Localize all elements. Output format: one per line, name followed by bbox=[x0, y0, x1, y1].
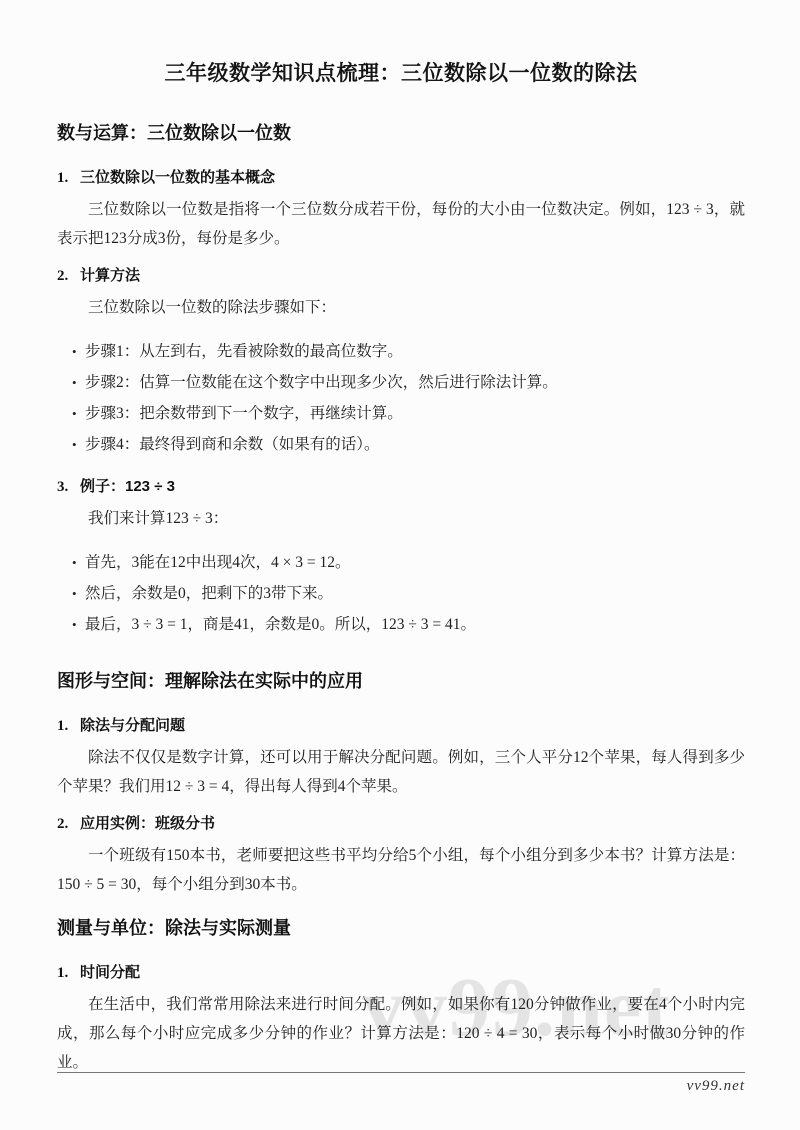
bullet-text: 最后，3 ÷ 3 = 1，商是41，余数是0。所以，123 ÷ 3 = 41。 bbox=[85, 614, 476, 635]
bullet-text: 首先，3能在12中出现4次，4 × 3 = 12。 bbox=[85, 552, 350, 573]
footer-divider bbox=[57, 1072, 745, 1073]
item-number: 1. bbox=[57, 168, 80, 189]
item-number: 1. bbox=[57, 716, 80, 737]
item-title: 三位数除以一位数的基本概念 bbox=[80, 169, 275, 186]
section-heading: 图形与空间：理解除法在实际中的应用 bbox=[57, 669, 745, 694]
paragraph: 我们来计算123 ÷ 3： bbox=[57, 504, 745, 533]
bullet-list: •首先，3能在12中出现4次，4 × 3 = 12。•然后，余数是0，把剩下的3… bbox=[57, 552, 745, 635]
paragraph: 在生活中，我们常常用除法来进行时间分配。例如，如果你有120分钟做作业，要在4个… bbox=[57, 990, 745, 1077]
item-title: 时间分配 bbox=[80, 964, 140, 981]
section-heading: 测量与单位：除法与实际测量 bbox=[57, 916, 745, 941]
document-body: 数与运算：三位数除以一位数1.三位数除以一位数的基本概念三位数除以一位数是指将一… bbox=[57, 121, 745, 1077]
paragraph: 三位数除以一位数是指将一个三位数分成若干份，每份的大小由一位数决定。例如，123… bbox=[57, 195, 745, 253]
bullet-icon: • bbox=[72, 583, 85, 604]
document-page: 三年级数学知识点梳理：三位数除以一位数的除法 数与运算：三位数除以一位数1.三位… bbox=[0, 0, 800, 1130]
numbered-item: 2.计算方法 bbox=[57, 265, 745, 287]
bullet-item: •步骤4：最终得到商和余数（如果有的话）。 bbox=[72, 434, 745, 455]
bullet-item: •步骤3：把余数带到下一个数字，再继续计算。 bbox=[72, 403, 745, 424]
numbered-item: 1.三位数除以一位数的基本概念 bbox=[57, 167, 745, 189]
paragraph: 除法不仅仅是数字计算，还可以用于解决分配问题。例如，三个人平分12个苹果，每人得… bbox=[57, 743, 745, 801]
bullet-item: •步骤1：从左到右，先看被除数的最高位数字。 bbox=[72, 341, 745, 362]
page-title: 三年级数学知识点梳理：三位数除以一位数的除法 bbox=[57, 0, 745, 87]
section-heading: 数与运算：三位数除以一位数 bbox=[57, 121, 745, 146]
bullet-item: •首先，3能在12中出现4次，4 × 3 = 12。 bbox=[72, 552, 745, 573]
bullet-text: 然后，余数是0，把剩下的3带下来。 bbox=[85, 583, 333, 604]
bullet-icon: • bbox=[72, 341, 85, 362]
item-number: 2. bbox=[57, 814, 80, 835]
footer-site-label: vv99.net bbox=[687, 1077, 745, 1095]
bullet-icon: • bbox=[72, 434, 85, 455]
item-number: 3. bbox=[57, 477, 80, 498]
bullet-icon: • bbox=[72, 372, 85, 393]
paragraph: 一个班级有150本书，老师要把这些书平均分给5个小组，每个小组分到多少本书？计算… bbox=[57, 841, 745, 899]
bullet-item: •最后，3 ÷ 3 = 1，商是41，余数是0。所以，123 ÷ 3 = 41。 bbox=[72, 614, 745, 635]
paragraph: 三位数除以一位数的除法步骤如下： bbox=[57, 293, 745, 322]
bullet-text: 步骤4：最终得到商和余数（如果有的话）。 bbox=[85, 434, 380, 455]
item-number: 2. bbox=[57, 266, 80, 287]
bullet-item: •然后，余数是0，把剩下的3带下来。 bbox=[72, 583, 745, 604]
numbered-item: 2.应用实例：班级分书 bbox=[57, 813, 745, 835]
item-title: 应用实例：班级分书 bbox=[80, 815, 215, 832]
numbered-item: 3.例子：123 ÷ 3 bbox=[57, 476, 745, 498]
bullet-text: 步骤1：从左到右，先看被除数的最高位数字。 bbox=[85, 341, 403, 362]
bullet-icon: • bbox=[72, 403, 85, 424]
bullet-icon: • bbox=[72, 614, 85, 635]
numbered-item: 1.除法与分配问题 bbox=[57, 715, 745, 737]
bullet-text: 步骤3：把余数带到下一个数字，再继续计算。 bbox=[85, 403, 403, 424]
bullet-text: 步骤2：估算一位数能在这个数字中出现多少次，然后进行除法计算。 bbox=[85, 372, 558, 393]
item-number: 1. bbox=[57, 963, 80, 984]
bullet-list: •步骤1：从左到右，先看被除数的最高位数字。•步骤2：估算一位数能在这个数字中出… bbox=[57, 341, 745, 455]
numbered-item: 1.时间分配 bbox=[57, 962, 745, 984]
item-title: 例子：123 ÷ 3 bbox=[80, 478, 175, 495]
item-title: 计算方法 bbox=[80, 267, 140, 284]
bullet-item: •步骤2：估算一位数能在这个数字中出现多少次，然后进行除法计算。 bbox=[72, 372, 745, 393]
item-title: 除法与分配问题 bbox=[80, 717, 185, 734]
bullet-icon: • bbox=[72, 552, 85, 573]
